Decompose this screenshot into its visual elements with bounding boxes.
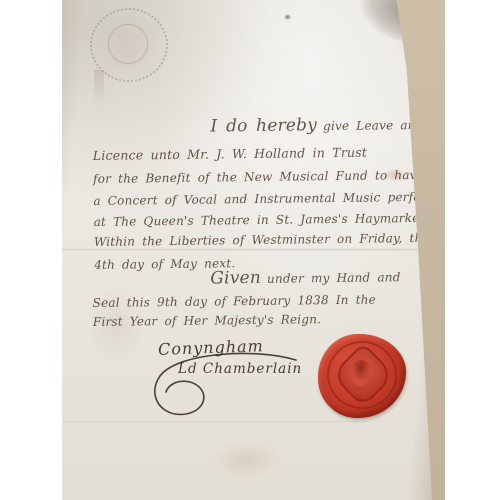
closing-line: Givenunder my Hand and <box>210 266 400 288</box>
body-line: Within the Liberties of Westminster on F… <box>94 231 430 249</box>
closing-rest: under my Hand and <box>267 270 401 286</box>
handwritten-text: I do herebygive Leave and Licence unto M… <box>62 0 445 500</box>
opening-lead-words: I do hereby <box>210 115 317 136</box>
body-line: for the Benefit of the New Musical Fund … <box>93 168 424 186</box>
page-background: { "page": { "background_color": "#ffffff… <box>0 0 500 500</box>
body-line: a Concert of Vocal and Instrumental Musi… <box>93 190 445 208</box>
body-line: at The Queen's Theatre in St. James's Ha… <box>94 211 425 229</box>
closing-lead-word: Given <box>210 268 261 289</box>
body-line: Licence unto Mr. J. W. Holland in Trust <box>93 145 367 163</box>
signature-flourish-icon <box>144 352 304 424</box>
document-photograph: I do herebygive Leave and Licence unto M… <box>62 0 445 500</box>
wax-seal-crest <box>350 360 372 386</box>
opening-rest: give Leave and <box>323 118 424 133</box>
closing-line: First Year of Her Majesty's Reign. <box>93 312 321 329</box>
closing-line: Seal this 9th day of February 1838 In th… <box>93 293 376 310</box>
paper-sheet: I do herebygive Leave and Licence unto M… <box>62 0 445 500</box>
opening-line: I do herebygive Leave and <box>210 114 423 137</box>
